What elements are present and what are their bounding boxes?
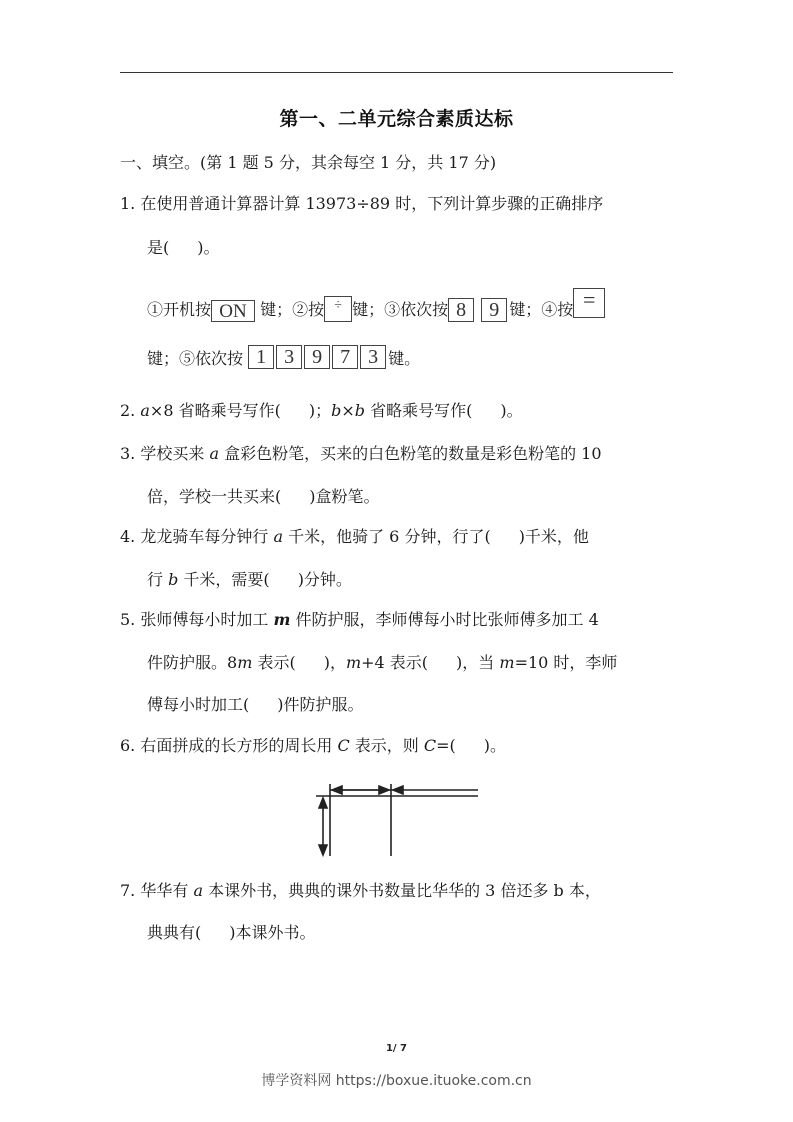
text: 7. 华华有 — [120, 881, 193, 900]
text: 盒彩色粉笔，买来的白色粉笔的数量是彩色粉笔的 10 — [219, 444, 602, 463]
question-3-line-2: 倍，学校一共买来()盒粉笔。 — [147, 484, 380, 507]
variable-m: m — [499, 653, 514, 672]
variable-b: b — [331, 401, 341, 420]
calculator-key-digit: 7 — [332, 345, 358, 369]
page-number: 1/ 7 — [0, 1043, 793, 1054]
calculator-key-on: ON — [211, 300, 255, 322]
text: × — [341, 401, 354, 420]
variable-a: a — [273, 527, 283, 546]
text: 傅每小时加工( — [147, 695, 249, 714]
variable-m: m — [273, 610, 290, 629]
calculator-key-digit: 9 — [304, 345, 330, 369]
variable-c: C — [424, 736, 436, 755]
calculator-key-digit: 1 — [248, 345, 274, 369]
question-1-steps-line-2: 键；⑤依次按 13973键。 — [147, 345, 420, 369]
question-number: 2. — [120, 401, 140, 420]
text: 是( — [147, 238, 169, 257]
text: 千米，他骑了 6 分钟，行了( — [283, 527, 491, 546]
footer-watermark: 博学资料网 https://boxue.ituoke.com.cn — [0, 1070, 793, 1090]
step-4-text: 键；④按 — [509, 300, 573, 319]
question-7-line-1: 7. 华华有 a 本课外书，典典的课外书数量比华华的 3 倍还多 b 本， — [120, 878, 601, 901]
text: 表示( — [252, 653, 295, 672]
text: )， — [324, 653, 346, 672]
question-5-line-1: 5. 张师傅每小时加工 m 件防护服，李师傅每小时比张师傅多加工 4 — [120, 607, 599, 630]
text: )千米，他 — [519, 527, 589, 546]
question-4-line-2: 行 b 千米，需要()分钟。 — [147, 567, 352, 590]
text: )本课外书。 — [229, 923, 315, 942]
question-5-line-2: 件防护服。8m 表示()，m+4 表示()，当 m=10 时，李师 — [147, 650, 617, 673]
text: +4 表示( — [361, 653, 428, 672]
text: 省略乘号写作( — [365, 401, 472, 420]
text: 件防护服。8 — [147, 653, 237, 672]
text: 3. 学校买来 — [120, 444, 209, 463]
section-heading: 一、填空。(第 1 题 5 分，其余每空 1 分，共 17 分) — [120, 150, 496, 173]
step-2-text: 键；②按 — [255, 300, 324, 319]
question-3-line-1: 3. 学校买来 a 盒彩色粉笔，买来的白色粉笔的数量是彩色粉笔的 10 — [120, 441, 602, 464]
text: 4. 龙龙骑车每分钟行 — [120, 527, 273, 546]
text: =10 时，李师 — [515, 653, 618, 672]
calculator-key-digit: 3 — [360, 345, 386, 369]
question-4-line-1: 4. 龙龙骑车每分钟行 a 千米，他骑了 6 分钟，行了()千米，他 — [120, 524, 589, 547]
variable-a: a — [140, 401, 150, 420]
text: 表示，则 — [350, 736, 424, 755]
page-title: 第一、二单元综合素质达标 — [0, 104, 793, 131]
variable-a: a — [193, 881, 203, 900]
text: 行 — [147, 570, 168, 589]
text: )，当 — [456, 653, 499, 672]
variable-a: a — [209, 444, 219, 463]
calculator-key-equals: = — [573, 288, 605, 318]
calculator-key-divide: ÷ — [324, 296, 352, 322]
step-1-text: ①开机按 — [147, 300, 211, 319]
text: )分钟。 — [298, 570, 352, 589]
step-3-text: 键；③依次按 — [352, 300, 448, 319]
text: )。 — [484, 736, 506, 755]
variable-b: b — [168, 570, 178, 589]
question-6: 6. 右面拼成的长方形的周长用 C 表示，则 C=()。 — [120, 733, 506, 756]
text: =( — [436, 736, 456, 755]
text: 倍，学校一共买来( — [147, 487, 281, 506]
text: 件防护服，李师傅每小时比张师傅多加工 4 — [290, 610, 598, 629]
top-rule — [120, 72, 673, 73]
variable-m: m — [346, 653, 361, 672]
text: 6. 右面拼成的长方形的周长用 — [120, 736, 337, 755]
text: )； — [309, 401, 331, 420]
step-5-text: 键；⑤依次按 — [147, 349, 248, 368]
variable-c: C — [337, 736, 349, 755]
text: ×8 省略乘号写作( — [150, 401, 281, 420]
text: 本课外书，典典的课外书数量比华华的 3 倍还多 b 本， — [203, 881, 601, 900]
step-end-text: 键。 — [388, 349, 420, 368]
text: 千米，需要( — [178, 570, 269, 589]
question-7-line-2: 典典有()本课外书。 — [147, 920, 316, 943]
question-1-line-2: 是()。 — [147, 235, 220, 258]
text: )。 — [197, 238, 219, 257]
calculator-key-digit: 3 — [276, 345, 302, 369]
calculator-key-8: 8 — [448, 298, 474, 322]
text: )件防护服。 — [277, 695, 363, 714]
variable-m: m — [237, 653, 252, 672]
question-2: 2. a×8 省略乘号写作()；b×b 省略乘号写作()。 — [120, 398, 523, 421]
question-5-line-3: 傅每小时加工()件防护服。 — [147, 692, 364, 715]
variable-b: b — [355, 401, 365, 420]
text: 典典有( — [147, 923, 201, 942]
rectangle-figure — [310, 776, 490, 861]
rectangle-diagram — [310, 776, 490, 865]
text: )。 — [500, 401, 522, 420]
text: 5. 张师傅每小时加工 — [120, 610, 273, 629]
question-1-line-1: 1. 在使用普通计算器计算 13973÷89 时，下列计算步骤的正确排序 — [120, 191, 603, 214]
calculator-key-9: 9 — [481, 298, 507, 322]
text: )盒粉笔。 — [309, 487, 379, 506]
question-1-steps-line-1: ①开机按ON 键；②按÷键；③依次按8 9键；④按= — [147, 288, 605, 322]
